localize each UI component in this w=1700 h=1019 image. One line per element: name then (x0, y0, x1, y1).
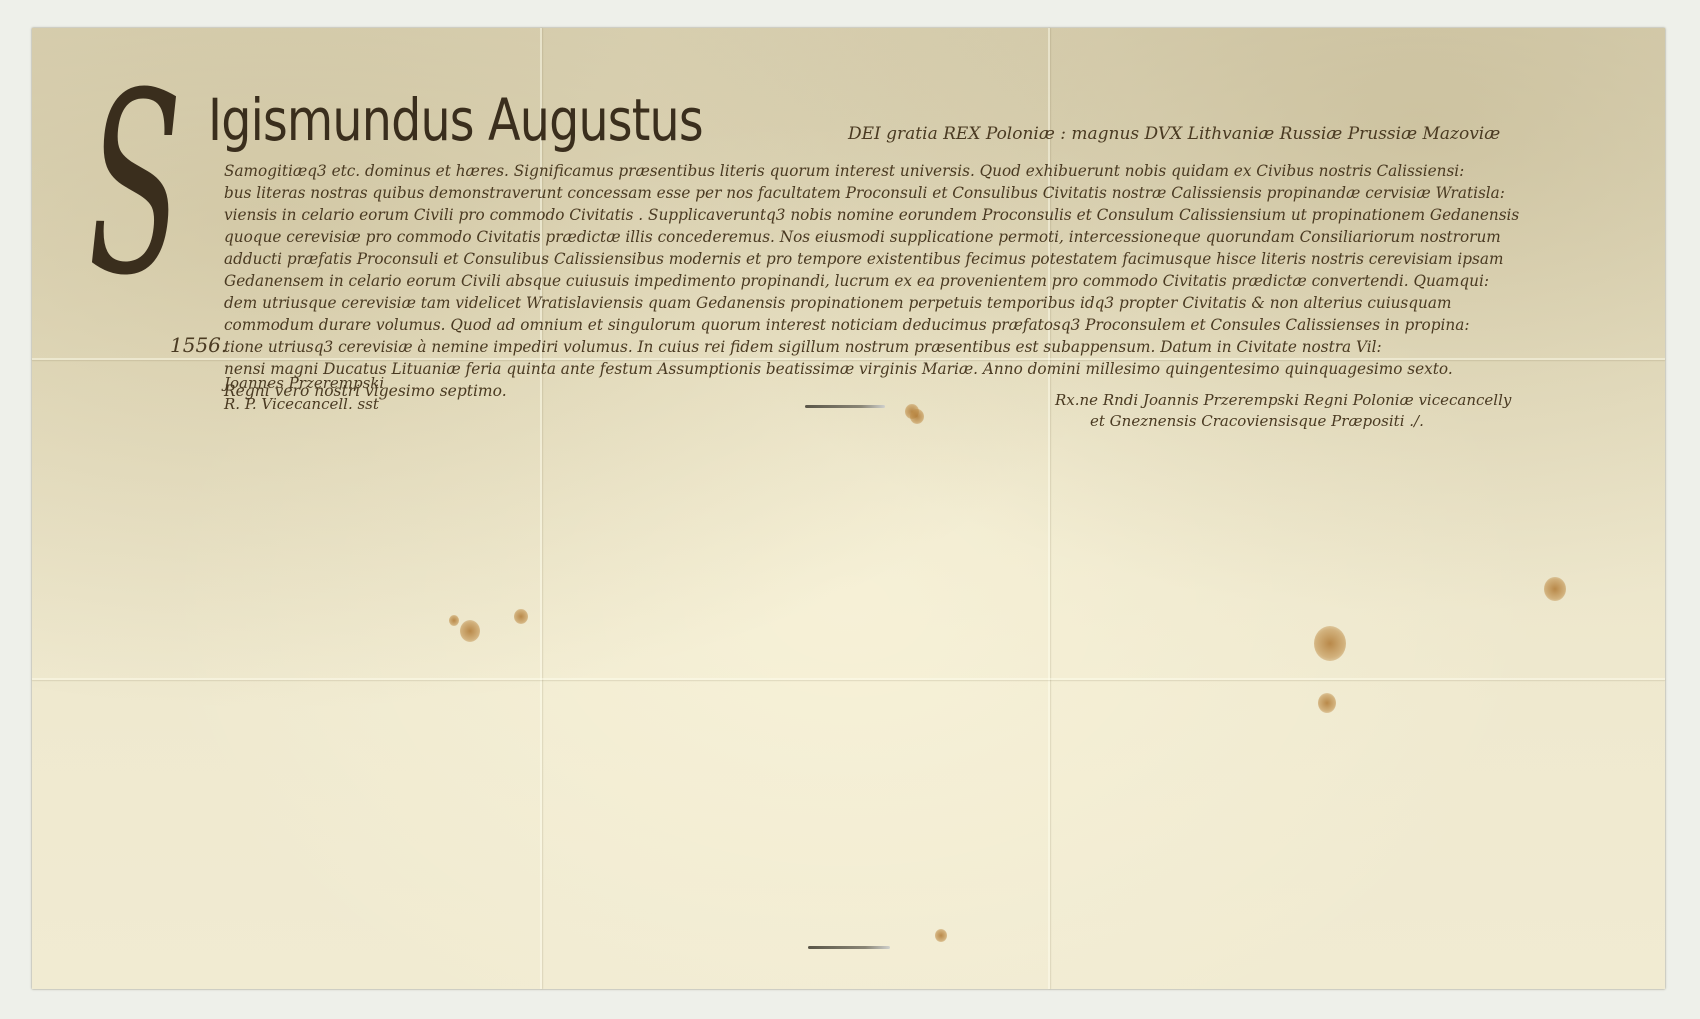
text-line: viensis in celario eorum Civili pro comm… (224, 204, 1524, 226)
text-line: quoque cerevisiæ pro commodo Civitatis p… (224, 226, 1524, 248)
stain-mark (1314, 626, 1346, 661)
stain-mark (449, 615, 459, 626)
stain-mark (460, 620, 480, 642)
text-line: Gedanensem in celario eorum Civili absqu… (224, 270, 1524, 292)
signature-left: Joannes Przerempski R. P. Vicecancell. s… (224, 373, 384, 415)
pin-mark (808, 946, 890, 949)
text-line: adducti præfatis Proconsuli et Consulibu… (224, 248, 1524, 270)
royal-style: DEI gratia REX Poloniæ : magnus DVX Lith… (848, 124, 1500, 144)
signature-title: R. P. Vicecancell. sst (224, 394, 384, 415)
text-line: tione utriusq3 cerevisiæ à nemine impedi… (224, 336, 1524, 358)
text-line: bus literas nostras quibus demonstraveru… (224, 182, 1524, 204)
margin-date: 1556. (170, 333, 227, 357)
chancery-note-line2: et Gneznensis Cracoviensisque Præpositi … (1055, 411, 1511, 432)
decorated-initial: S (88, 60, 182, 310)
stain-mark (1544, 577, 1566, 601)
text-line: nensi magni Ducatus Lituaniæ feria quint… (224, 358, 1524, 380)
charter-body: Samogitiæq3 etc. dominus et hæres. Signi… (224, 160, 1544, 402)
chancery-note-line1: Rx.ne Rndi Joannis Przerempski Regni Pol… (1055, 390, 1511, 411)
text-line: commodum durare volumus. Quod ad omnium … (224, 314, 1524, 336)
signature-right: Rx.ne Rndi Joannis Przerempski Regni Pol… (1055, 390, 1511, 432)
text-line: dem utriusque cerevisiæ tam videlicet Wr… (224, 292, 1524, 314)
pin-mark (805, 405, 885, 408)
fold-line (32, 678, 1665, 680)
text-line: Samogitiæq3 etc. dominus et hæres. Signi… (224, 160, 1524, 182)
document-title: Igismundus Augustus (208, 86, 703, 154)
signature-name: Joannes Przerempski (224, 373, 384, 394)
stain-mark (1318, 693, 1336, 713)
